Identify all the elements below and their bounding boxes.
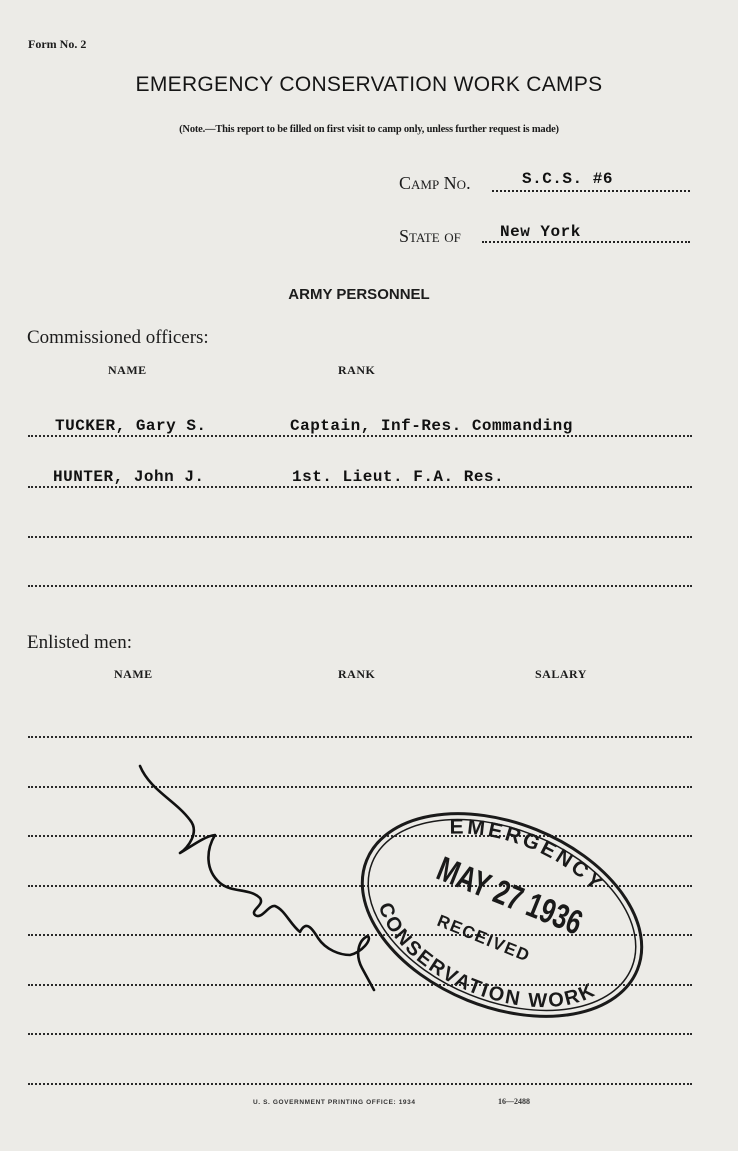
footer-printer: U. S. GOVERNMENT PRINTING OFFICE: 1934 xyxy=(253,1099,416,1106)
received-stamp: EMERGENCY CONSERVATION WORK MAY 27 1936 … xyxy=(0,0,738,1151)
footer-form-code: 16—2488 xyxy=(498,1097,530,1106)
